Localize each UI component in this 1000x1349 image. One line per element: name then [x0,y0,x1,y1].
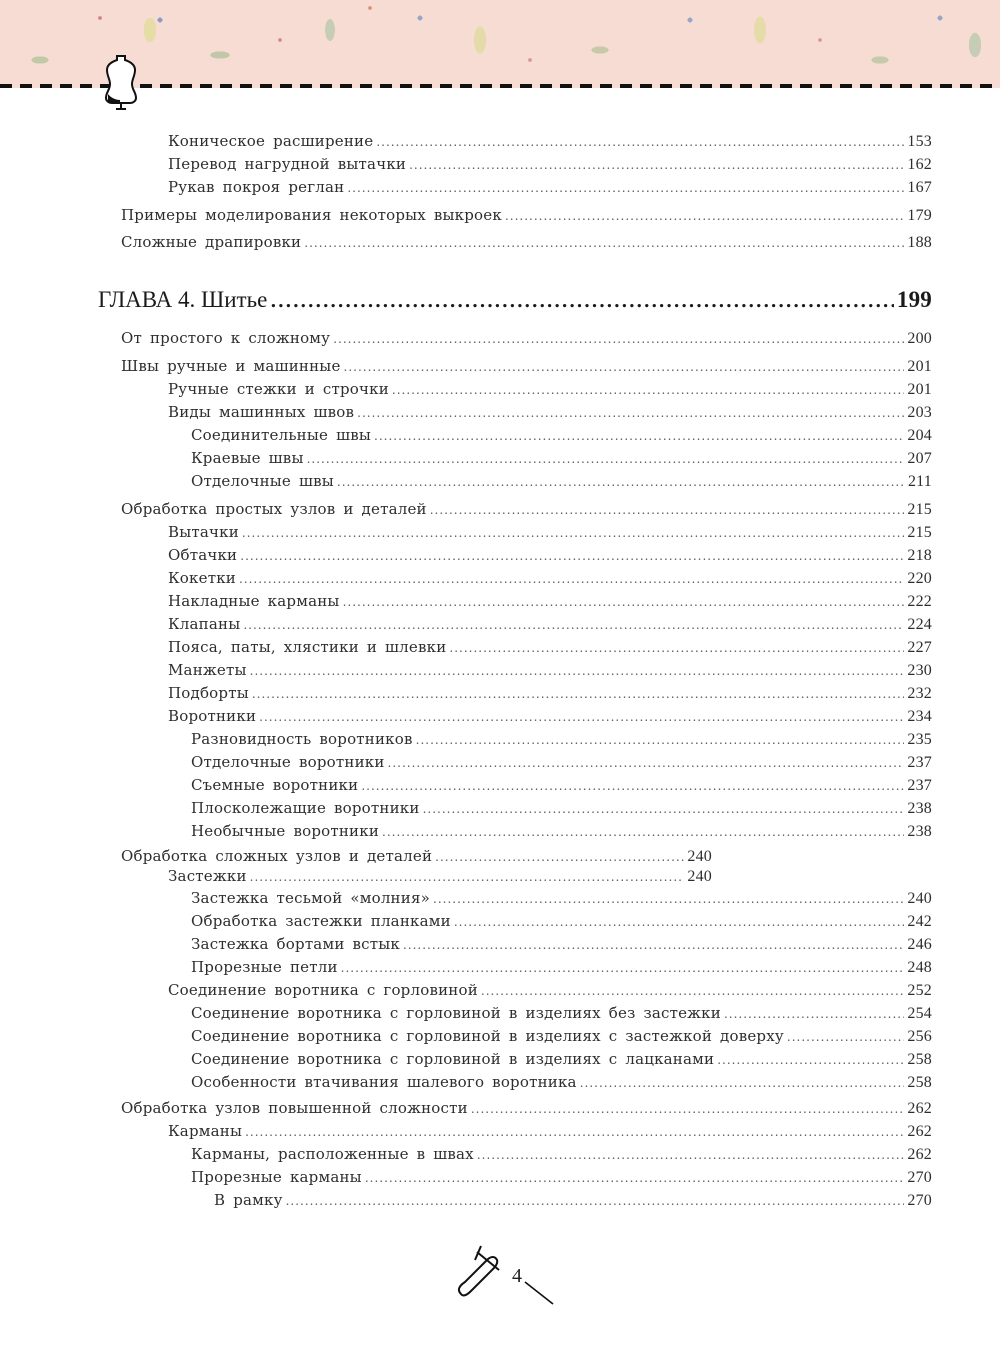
dot-leader [416,730,905,750]
dot-leader [341,958,905,978]
toc-entry[interactable]: Сложные драпировки188 [121,232,932,253]
toc-entry[interactable]: Соединение воротника с горловиной в изде… [191,1026,932,1047]
toc-entry[interactable]: Съемные воротники237 [191,775,932,796]
toc-entry[interactable]: Прорезные карманы270 [191,1167,932,1188]
toc-page-number: 254 [907,1004,932,1024]
toc-entry[interactable]: Карманы, расположенные в швах262 [191,1144,932,1165]
toc-entry[interactable]: Пояса, паты, хлястики и шлевки227 [168,637,932,658]
toc-entry[interactable]: Отделочные швы211 [191,471,932,492]
toc-entry-title: Съемные воротники [191,775,358,795]
toc-entry-title: Коническое расширение [168,131,373,151]
toc-entry-title: Необычные воротники [191,821,379,841]
stitch-divider [0,84,1000,88]
toc-entry[interactable]: Кокетки220 [168,568,932,589]
toc-page-number: 232 [907,684,932,704]
toc-entry[interactable]: Соединение воротника с горловиной252 [168,980,932,1001]
toc-entry[interactable]: Соединение воротника с горловиной в изде… [191,1049,932,1070]
toc-page-number: 270 [907,1191,932,1211]
toc-entry[interactable]: Обработка сложных узлов и деталей240 [121,846,712,867]
toc-entry[interactable]: Обработка узлов повышенной сложности262 [121,1098,932,1119]
toc-page-number: 230 [907,661,932,681]
toc-entry-title: Обработка простых узлов и деталей [121,499,427,519]
toc-page-number: 246 [907,935,932,955]
toc-page-number: 204 [907,426,932,446]
toc-page-number: 240 [687,867,712,887]
dot-leader [245,1122,904,1142]
toc-page-number: 237 [907,753,932,773]
toc-entry[interactable]: Клапаны224 [168,614,932,635]
dot-leader [357,403,904,423]
toc-page-number: 238 [907,799,932,819]
toc-entry-title: Клапаны [168,614,240,634]
toc-entry[interactable]: Вытачки215 [168,522,932,543]
toc-entry-title: Застежки [168,866,247,886]
dot-leader [382,822,904,842]
dot-leader [343,592,905,612]
toc-entry[interactable]: Накладные карманы222 [168,591,932,612]
toc-entry-title: Краевые швы [191,448,304,468]
toc-page-number: 262 [907,1099,932,1119]
toc-page-number: 235 [907,730,932,750]
dot-leader [454,912,905,932]
toc-entry[interactable]: Застежки240 [168,866,712,887]
toc-entry-title: Соединение воротника с горловиной в изде… [191,1026,784,1046]
dot-leader [423,799,905,819]
toc-entry-title: Кокетки [168,568,236,588]
toc-entry-title: Обработка застежки планками [191,911,451,931]
dot-leader [724,1004,904,1024]
dot-leader [449,638,904,658]
toc-page-number: 252 [907,981,932,1001]
toc-entry-title: Рукав покроя реглан [168,177,344,197]
toc-entry-title: Виды машинных швов [168,402,354,422]
toc-page-number: 227 [907,638,932,658]
dot-leader [477,1145,905,1165]
toc-entry[interactable]: Краевые швы207 [191,448,932,469]
toc-entry[interactable]: Застежка бортами встык246 [191,934,932,955]
toc-entry-title: Манжеты [168,660,247,680]
toc-entry[interactable]: Плосколежащие воротники238 [191,798,932,819]
toc-page-number: 237 [907,776,932,796]
dot-leader [243,615,904,635]
toc-page-number: 215 [907,523,932,543]
toc-entry[interactable]: Перевод нагрудной вытачки162 [168,154,932,175]
dot-leader [242,523,904,543]
toc-entry-title: От простого к сложному [121,328,330,348]
toc-page-number: 220 [907,569,932,589]
toc-entry[interactable]: Подборты232 [168,683,932,704]
toc-page-number: 201 [907,380,932,400]
toc-entry-title: Обтачки [168,545,237,565]
toc-page-number: 211 [908,472,932,492]
toc-entry[interactable]: Воротники234 [168,706,932,727]
dress-form-icon [104,54,138,110]
toc-page-number: 258 [907,1050,932,1070]
toc-entry-title: Сложные драпировки [121,232,301,252]
toc-page-number: 179 [907,206,932,226]
toc-entry[interactable]: Застежка тесьмой «молния»240 [191,888,932,909]
dot-leader [347,178,904,198]
toc-entry-title: Прорезные петли [191,957,338,977]
toc-page-number: 270 [907,1168,932,1188]
toc-entry-title: Соединительные швы [191,425,371,445]
toc-page-number: 262 [907,1122,932,1142]
dot-leader [270,292,894,312]
toc-entry-title: Соединение воротника с горловиной в изде… [191,1003,721,1023]
dot-leader [307,449,905,469]
toc-entry-title: Карманы [168,1121,242,1141]
toc-chapter-heading[interactable]: ГЛАВА 4. Шитье199 [98,290,932,312]
toc-page-number: 162 [907,155,932,175]
toc-entry-title: Пояса, паты, хлястики и шлевки [168,637,446,657]
toc-entry[interactable]: От простого к сложному200 [121,328,932,349]
toc-page-number: 258 [907,1073,932,1093]
toc-entry-title: Плосколежащие воротники [191,798,420,818]
dot-leader [252,684,905,704]
toc-page-number: 215 [907,500,932,520]
needle-thread-icon [455,1238,555,1308]
toc-page-number: 248 [907,958,932,978]
toc-entry[interactable]: Манжеты230 [168,660,932,681]
toc-entry-title: Карманы, расположенные в швах [191,1144,474,1164]
toc-page-number: 242 [907,912,932,932]
toc-page-number: 224 [907,615,932,635]
toc-page-number: 203 [907,403,932,423]
dot-leader [361,776,904,796]
page-number: 4 [512,1265,522,1288]
toc-entry-title: Обработка сложных узлов и деталей [121,846,432,866]
dot-leader [259,707,904,727]
toc-entry[interactable]: Необычные воротники238 [191,821,932,842]
toc-entry-title: Воротники [168,706,256,726]
dot-leader [481,981,904,1001]
toc-page-number: 234 [907,707,932,727]
dot-leader [304,233,904,253]
toc-entry-title: Ручные стежки и строчки [168,379,389,399]
toc-entry-title: Вытачки [168,522,239,542]
toc-entry[interactable]: Разновидность воротников235 [191,729,932,750]
toc-page-number: 188 [907,233,932,253]
dot-leader [471,1099,905,1119]
dot-leader [433,889,904,909]
toc-entry[interactable]: Соединение воротника с горловиной в изде… [191,1003,932,1024]
toc-entry-title: Отделочные воротники [191,752,385,772]
dot-leader [250,661,905,681]
toc-page-number: 218 [907,546,932,566]
dot-leader [239,569,904,589]
toc-entry-title: Швы ручные и машинные [121,356,341,376]
toc-page-number: 207 [907,449,932,469]
toc-entry[interactable]: Швы ручные и машинные201 [121,356,932,377]
toc-entry[interactable]: Соединительные швы204 [191,425,932,446]
dot-leader [580,1073,905,1093]
toc-page-number: 199 [897,290,932,310]
toc-entry-title: Застежка тесьмой «молния» [191,888,430,908]
dot-leader [505,206,904,226]
toc-entry-title: Разновидность воротников [191,729,413,749]
toc-entry[interactable]: В рамку270 [214,1190,932,1211]
toc-entry[interactable]: Обтачки218 [168,545,932,566]
toc-entry[interactable]: Обработка простых узлов и деталей215 [121,499,932,520]
toc-page-number: 200 [907,329,932,349]
toc-entry-title: Застежка бортами встык [191,934,400,954]
toc-entry-title: Соединение воротника с горловиной [168,980,478,1000]
floral-header-band [0,0,1000,88]
toc-entry[interactable]: Ручные стежки и строчки201 [168,379,932,400]
dot-leader [409,155,904,175]
dot-leader [365,1168,905,1188]
dot-leader [388,753,905,773]
toc-entry-title: Перевод нагрудной вытачки [168,154,406,174]
dot-leader [344,357,905,377]
toc-page-number: 240 [907,889,932,909]
toc-entry-title: Подборты [168,683,249,703]
toc-entry[interactable]: Особенности втачивания шалевого воротник… [191,1072,932,1093]
toc-entry[interactable]: Виды машинных швов203 [168,402,932,423]
toc-entry-title: ГЛАВА 4. Шитье [98,290,267,310]
toc-entry-title: Примеры моделирования некоторых выкроек [121,205,502,225]
dot-leader [787,1027,904,1047]
dot-leader [337,472,905,492]
toc-page-number: 153 [907,132,932,152]
toc-page-number: 262 [907,1145,932,1165]
toc-entry[interactable]: Прорезные петли248 [191,957,932,978]
toc-page-number: 238 [907,822,932,842]
dot-leader [250,867,685,887]
dot-leader [717,1050,904,1070]
toc-entry[interactable]: Карманы262 [168,1121,932,1142]
dot-leader [286,1191,905,1211]
toc-entry[interactable]: Примеры моделирования некоторых выкроек1… [121,205,932,226]
toc-entry-title: Прорезные карманы [191,1167,362,1187]
toc-entry-title: В рамку [214,1190,283,1210]
dot-leader [403,935,904,955]
toc-entry-title: Особенности втачивания шалевого воротник… [191,1072,577,1092]
toc-entry-title: Накладные карманы [168,591,340,611]
dot-leader [435,847,684,867]
toc-entry[interactable]: Обработка застежки планками242 [191,911,932,932]
dot-leader [374,426,904,446]
toc-entry-title: Соединение воротника с горловиной в изде… [191,1049,714,1069]
toc-page-number: 201 [907,357,932,377]
toc-entry[interactable]: Рукав покроя реглан167 [168,177,932,198]
toc-page-number: 167 [907,178,932,198]
toc-page-number: 256 [907,1027,932,1047]
dot-leader [430,500,905,520]
toc-page-number: 222 [907,592,932,612]
toc-entry-title: Отделочные швы [191,471,334,491]
toc-entry-title: Обработка узлов повышенной сложности [121,1098,468,1118]
dot-leader [376,132,904,152]
dot-leader [333,329,904,349]
toc-page-number: 240 [687,847,712,867]
toc-entry[interactable]: Коническое расширение153 [168,131,932,152]
toc-entry[interactable]: Отделочные воротники237 [191,752,932,773]
dot-leader [392,380,904,400]
dot-leader [240,546,904,566]
